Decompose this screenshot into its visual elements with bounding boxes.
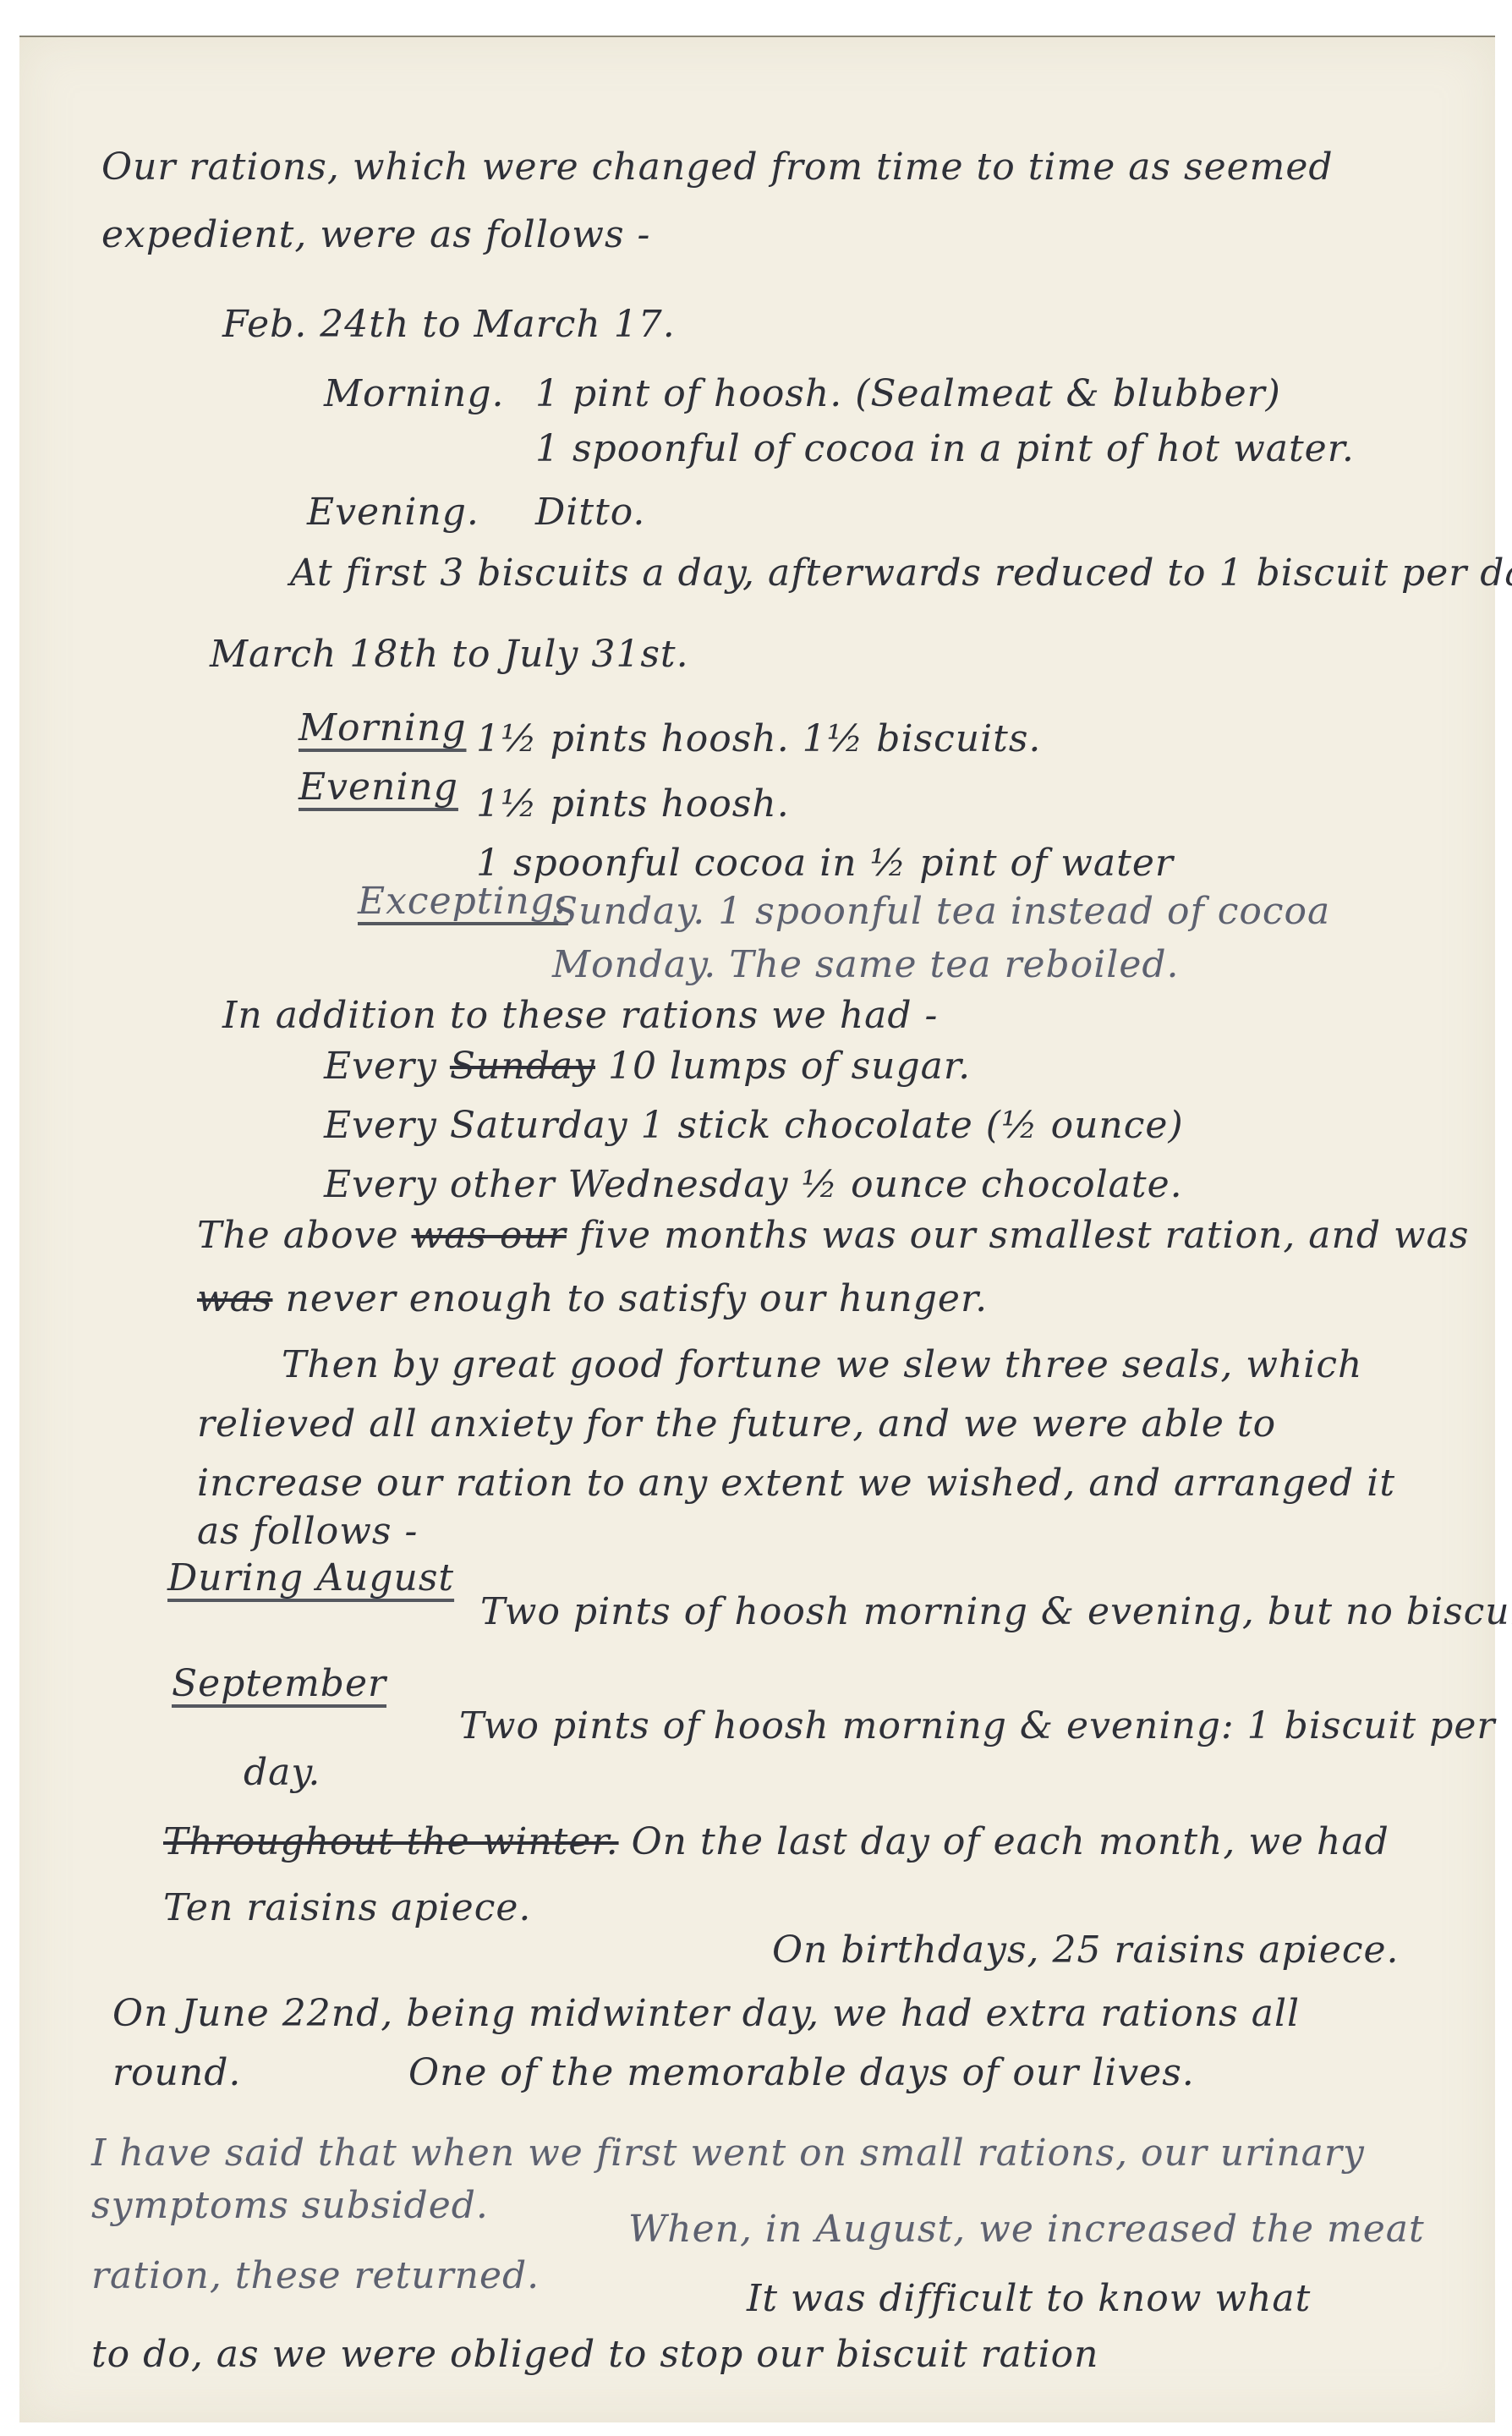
seals-line-3: increase our ration to any extent we wis… — [197, 1465, 1395, 1502]
period2-evening-item-2: 1 spoonful cocoa in ½ pint of water — [476, 845, 1174, 882]
addition-item-2-rest: 1 stick chocolate (½ ounce) — [641, 1104, 1184, 1147]
closing-line-5: It was difficult to know what — [747, 2280, 1311, 2318]
period2-heading: March 18th to July 31st. — [210, 636, 689, 673]
period1-heading: Feb. 24th to March 17. — [222, 306, 676, 343]
closing-line-6: to do, as we were obliged to stop our bi… — [91, 2336, 1099, 2373]
addition-item-2: Every Saturday 1 stick chocolate (½ ounc… — [324, 1107, 1184, 1144]
period2-evening-item-1: 1½ pints hoosh. — [476, 786, 790, 823]
smallest-ration-end: five months was our smallest ration, and… — [579, 1214, 1470, 1257]
august-label: During August — [167, 1560, 454, 1597]
treats-struck: Throughout the winter. — [163, 1820, 619, 1863]
treats-line-1-text: On the last day of each month, we had — [632, 1820, 1389, 1863]
closing-line-3: When, in August, we increased the meat — [628, 2211, 1425, 2248]
period2-morning-value: 1½ pints hoosh. 1½ biscuits. — [476, 721, 1041, 758]
period1-biscuit-note: At first 3 biscuits a day, afterwards re… — [290, 555, 1512, 592]
seals-line-4: as follows - — [197, 1513, 418, 1550]
intro-line-1: Our rations, which were changed from tim… — [101, 149, 1334, 186]
addition-item-1-struck: Sunday — [450, 1045, 595, 1088]
smallest-ration-line2-struck: was — [197, 1277, 272, 1320]
smallest-ration-start: The above — [197, 1214, 399, 1257]
treats-line-2: Ten raisins apiece. — [163, 1890, 531, 1927]
period1-evening-value: Ditto. — [535, 494, 645, 531]
closing-line-2: symptoms subsided. — [91, 2187, 489, 2225]
period1-morning-label: Morning. — [324, 376, 504, 413]
august-value: Two pints of hoosh morning & evening, bu… — [480, 1594, 1512, 1631]
treats-line-3: On birthdays, 25 raisins apiece. — [772, 1932, 1400, 1969]
period1-morning-item-2: 1 spoonful of cocoa in a pint of hot wat… — [535, 431, 1355, 468]
manuscript-page: Our rations, which were changed from tim… — [19, 36, 1495, 2422]
smallest-ration-struck: was our — [412, 1214, 567, 1257]
seals-line-1: Then by great good fortune we slew three… — [282, 1347, 1362, 1384]
addition-item-3: Every other Wednesday ½ ounce chocolate. — [324, 1166, 1183, 1204]
seals-line-2: relieved all anxiety for the future, and… — [197, 1406, 1276, 1443]
period1-evening-label: Evening. — [307, 494, 479, 531]
period1-morning-item-1: 1 pint of hoosh. (Sealmeat & blubber) — [535, 376, 1281, 413]
excepting-label: Excepting: — [358, 883, 568, 920]
addition-item-1: Every Sunday 10 lumps of sugar. — [324, 1048, 971, 1085]
treats-line-4: On June 22nd, being midwinter day, we ha… — [112, 1995, 1300, 2033]
closing-line-4: ration, these returned. — [91, 2258, 540, 2295]
exception-monday: Monday. The same tea reboiled. — [552, 946, 1180, 984]
addition-item-3-prefix: Every other Wednesday — [324, 1163, 789, 1206]
addition-item-3-rest: ½ ounce chocolate. — [802, 1163, 1183, 1206]
smallest-ration-line-2: was never enough to satisfy our hunger. — [197, 1281, 988, 1318]
additions-intro: In addition to these rations we had - — [222, 997, 938, 1034]
closing-line-1: I have said that when we first went on s… — [91, 2135, 1365, 2172]
treats-line-5a: round. — [112, 2055, 241, 2092]
treats-line-5b: One of the memorable days of our lives. — [408, 2055, 1195, 2092]
treats-line-1: Throughout the winter. On the last day o… — [163, 1824, 1389, 1861]
smallest-ration-line-1: The above was our five months was our sm… — [197, 1217, 1470, 1254]
smallest-ration-line2-end: never enough to satisfy our hunger. — [285, 1277, 988, 1320]
addition-item-2-prefix: Every Saturday — [324, 1104, 628, 1147]
september-label: September — [172, 1665, 386, 1703]
intro-line-2: expedient, were as follows - — [101, 217, 650, 254]
period2-morning-label: Morning — [299, 710, 467, 747]
addition-item-1-prefix: Every — [324, 1045, 437, 1088]
addition-item-1-rest: 10 lumps of sugar. — [608, 1045, 971, 1088]
exception-sunday: Sunday. 1 spoonful tea instead of cocoa — [552, 893, 1330, 930]
september-cont: day. — [244, 1754, 320, 1791]
period2-evening-label: Evening — [299, 769, 458, 806]
september-value: Two pints of hoosh morning & evening: 1 … — [459, 1708, 1495, 1745]
